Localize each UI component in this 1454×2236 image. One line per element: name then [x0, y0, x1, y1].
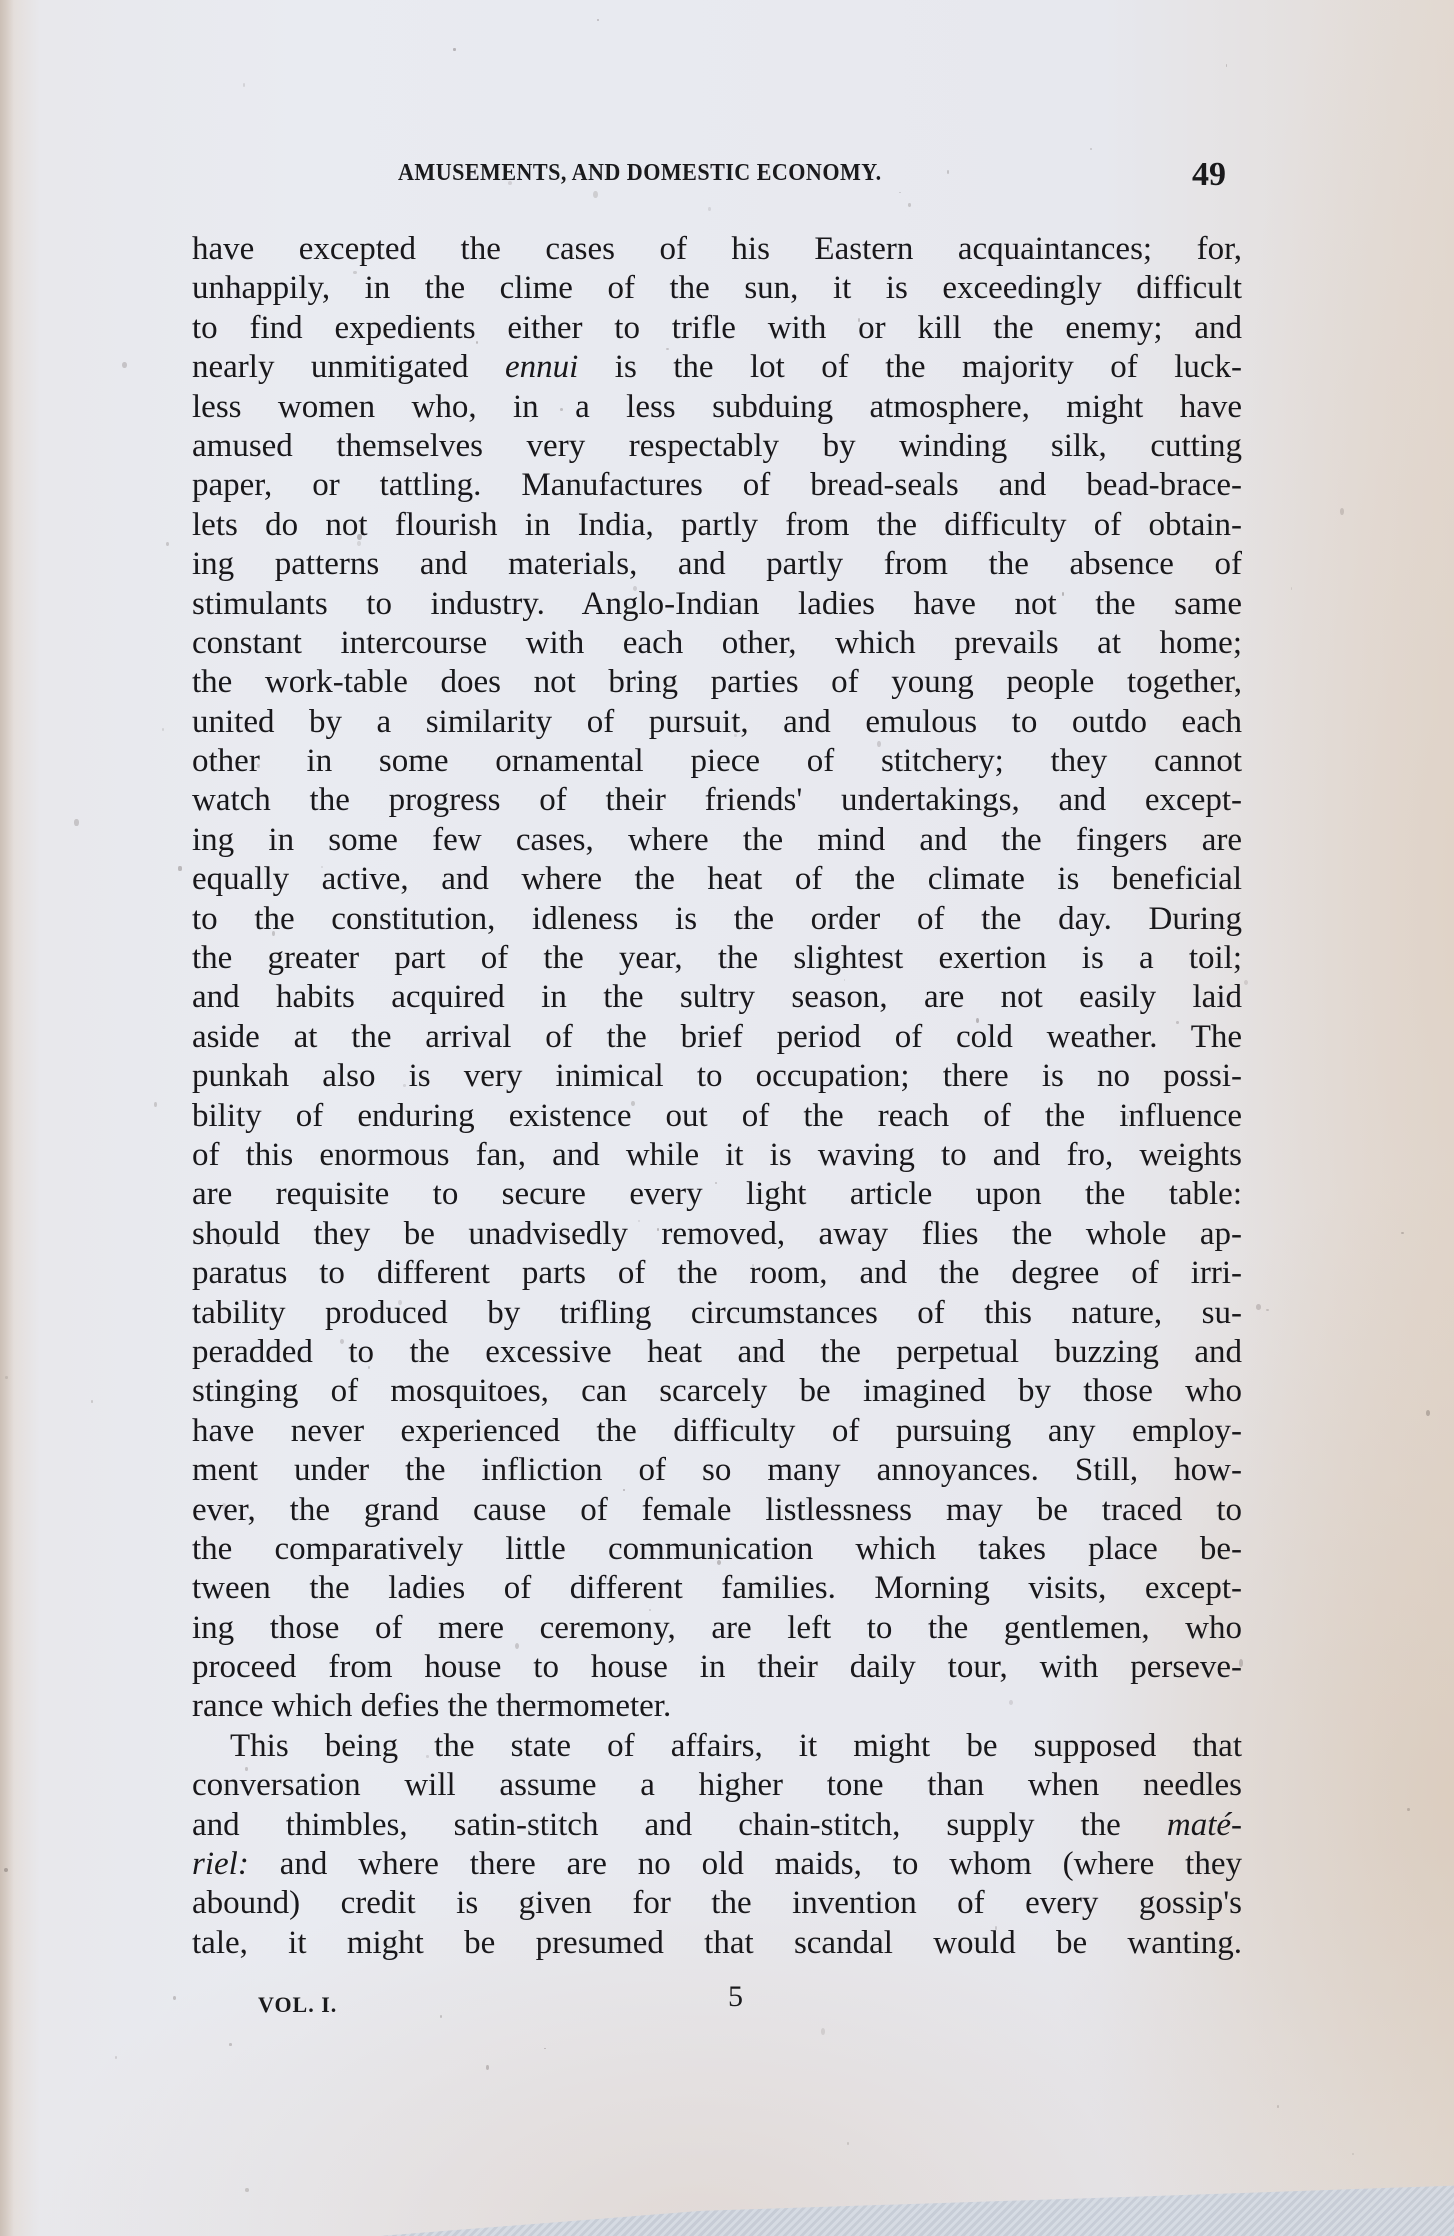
- text-line: ment under the infliction of so many ann…: [192, 1451, 1242, 1490]
- speck: [166, 542, 169, 546]
- speck: [357, 541, 361, 546]
- text-line: constant intercourse with each other, wh…: [192, 624, 1242, 663]
- speck: [1256, 1304, 1260, 1310]
- speck: [115, 2056, 118, 2059]
- text-line: amused themselves very respectably by wi…: [192, 427, 1242, 466]
- speck: [476, 341, 478, 344]
- speck: [748, 530, 751, 532]
- speck: [544, 2048, 546, 2050]
- text-line: paper, or tattling. Manufactures of brea…: [192, 466, 1242, 505]
- speck: [1291, 587, 1293, 590]
- speck: [1352, 2153, 1354, 2155]
- text-line: riel: and where there are no old maids, …: [192, 1845, 1242, 1884]
- body-text: have excepted the cases of his Eastern a…: [192, 230, 1242, 1963]
- signature-mark: 5: [728, 1980, 743, 2014]
- text-line: aside at the arrival of the brief period…: [192, 1018, 1242, 1057]
- speck: [154, 1102, 157, 1107]
- text-line: proceed from house to house in their dai…: [192, 1648, 1242, 1687]
- speck: [597, 19, 599, 21]
- paragraph: This being the state of affairs, it migh…: [192, 1727, 1242, 1963]
- text-line: This being the state of affairs, it migh…: [192, 1727, 1242, 1766]
- text-line: the greater part of the year, the slight…: [192, 939, 1242, 978]
- speck: [638, 1220, 640, 1222]
- speck: [908, 203, 911, 207]
- speck: [272, 931, 275, 936]
- text-line: should they be unadvisedly removed, away…: [192, 1215, 1242, 1254]
- text-line: are requisite to secure every light arti…: [192, 1175, 1242, 1214]
- speck: [899, 192, 901, 194]
- book-page: AMUSEMENTS, AND DOMESTIC ECONOMY. 49 hav…: [0, 0, 1454, 2236]
- speck: [1196, 1872, 1198, 1874]
- italic-word: riel:: [192, 1846, 249, 1882]
- text-line: tability produced by trifling circumstan…: [192, 1294, 1242, 1333]
- text-line: conversation will assume a higher tone t…: [192, 1766, 1242, 1805]
- speck: [1005, 1466, 1007, 1469]
- page-number: 49: [1192, 156, 1226, 194]
- italic-word: maté-: [1167, 1807, 1242, 1843]
- speck: [759, 1355, 763, 1360]
- speck: [998, 447, 1000, 450]
- speck: [715, 1182, 717, 1184]
- text-line: less women who, in a less subduing atmos…: [192, 388, 1242, 427]
- volume-signature: VOL. I.: [258, 1992, 337, 2018]
- speck: [229, 2043, 232, 2046]
- speck: [1009, 1700, 1013, 1705]
- speck: [560, 408, 563, 411]
- speck: [717, 1560, 721, 1565]
- speck: [486, 2065, 489, 2069]
- speck: [227, 1244, 229, 1247]
- speck: [1277, 2105, 1279, 2108]
- text-line: rance which defies the thermometer.: [192, 1687, 1242, 1726]
- speck: [196, 497, 200, 502]
- speck: [708, 207, 711, 212]
- speck: [657, 1228, 659, 1231]
- speck: [74, 819, 78, 825]
- paragraph: have excepted the cases of his Eastern a…: [192, 230, 1242, 1727]
- text-line: nearly unmitigated ennui is the lot of t…: [192, 348, 1242, 387]
- speck: [518, 171, 521, 175]
- speck: [243, 83, 245, 87]
- speck: [821, 2028, 825, 2034]
- text-line: peradded to the excessive heat and the p…: [192, 1333, 1242, 1372]
- speck: [178, 866, 181, 870]
- speck: [623, 1489, 625, 1491]
- speck: [1340, 508, 1344, 515]
- text-line: stinging of mosquitoes, can scarcely be …: [192, 1372, 1242, 1411]
- text-line: to find expedients either to trifle with…: [192, 309, 1242, 348]
- speck: [752, 1264, 754, 1267]
- text-line: ing in some few cases, where the mind an…: [192, 821, 1242, 860]
- speck: [353, 271, 357, 274]
- speck: [1226, 64, 1228, 67]
- speck: [947, 170, 949, 174]
- speck: [426, 1755, 429, 1758]
- speck: [440, 2015, 442, 2018]
- text-line: and thimbles, satin-stitch and chain-sti…: [192, 1806, 1242, 1845]
- page-gutter-shadow: [0, 0, 14, 2236]
- text-line: of this enormous fan, and while it is wa…: [192, 1136, 1242, 1175]
- text-line: united by a similarity of pursuit, and e…: [192, 703, 1242, 742]
- speck: [633, 586, 637, 591]
- speck: [340, 1339, 344, 1344]
- text-line: have never experienced the difficulty of…: [192, 1412, 1242, 1451]
- speck: [334, 1626, 336, 1629]
- speck: [245, 2188, 249, 2192]
- speck: [398, 1300, 402, 1306]
- text-line: tale, it might be presumed that scandal …: [192, 1924, 1242, 1963]
- text-line: stimulants to industry. Anglo-Indian lad…: [192, 585, 1242, 624]
- speck: [1244, 980, 1248, 985]
- speck: [403, 1084, 406, 1087]
- speck: [173, 1996, 176, 2000]
- speck: [453, 48, 455, 51]
- speck: [593, 191, 597, 198]
- speck: [162, 728, 164, 730]
- italic-word: ennui: [505, 349, 578, 385]
- text-line: paratus to different parts of the room, …: [192, 1254, 1242, 1293]
- speck: [357, 534, 361, 540]
- speck: [1090, 148, 1092, 150]
- text-line: ever, the grand cause of female listless…: [192, 1491, 1242, 1530]
- text-line: ing patterns and materials, and partly f…: [192, 545, 1242, 584]
- text-line: have excepted the cases of his Eastern a…: [192, 230, 1242, 269]
- text-line: tween the ladies of different families. …: [192, 1569, 1242, 1608]
- text-line: bility of enduring existence out of the …: [192, 1097, 1242, 1136]
- speck: [91, 1400, 93, 1403]
- speck: [122, 362, 126, 368]
- speck: [1266, 1309, 1269, 1312]
- speck: [1239, 1659, 1243, 1667]
- text-line: ing those of mere ceremony, are left to …: [192, 1609, 1242, 1648]
- background-cloth: [380, 2180, 1454, 2236]
- speck: [844, 979, 846, 981]
- text-line: the work-table does not bring parties of…: [192, 663, 1242, 702]
- text-line: abound) credit is given for the inventio…: [192, 1884, 1242, 1923]
- speck: [734, 734, 736, 737]
- text-line: watch the progress of their friends' und…: [192, 781, 1242, 820]
- text-line: to the constitution, idleness is the ord…: [192, 900, 1242, 939]
- running-head: AMUSEMENTS, AND DOMESTIC ECONOMY.: [398, 160, 987, 187]
- speck: [877, 741, 881, 747]
- text-line: punkah also is very inimical to occupati…: [192, 1057, 1242, 1096]
- text-line: and habits acquired in the sultry season…: [192, 978, 1242, 1017]
- speck: [515, 1643, 519, 1649]
- speck: [1407, 1808, 1410, 1811]
- text-line: other in some ornamental piece of stitch…: [192, 742, 1242, 781]
- text-line: lets do not flourish in India, partly fr…: [192, 506, 1242, 545]
- speck: [1401, 1232, 1404, 1234]
- speck: [1426, 1410, 1430, 1416]
- speck: [257, 764, 260, 768]
- text-line: unhappily, in the clime of the sun, it i…: [192, 269, 1242, 308]
- text-line: equally active, and where the heat of th…: [192, 860, 1242, 899]
- speck: [245, 1767, 248, 1771]
- speck: [847, 2142, 849, 2145]
